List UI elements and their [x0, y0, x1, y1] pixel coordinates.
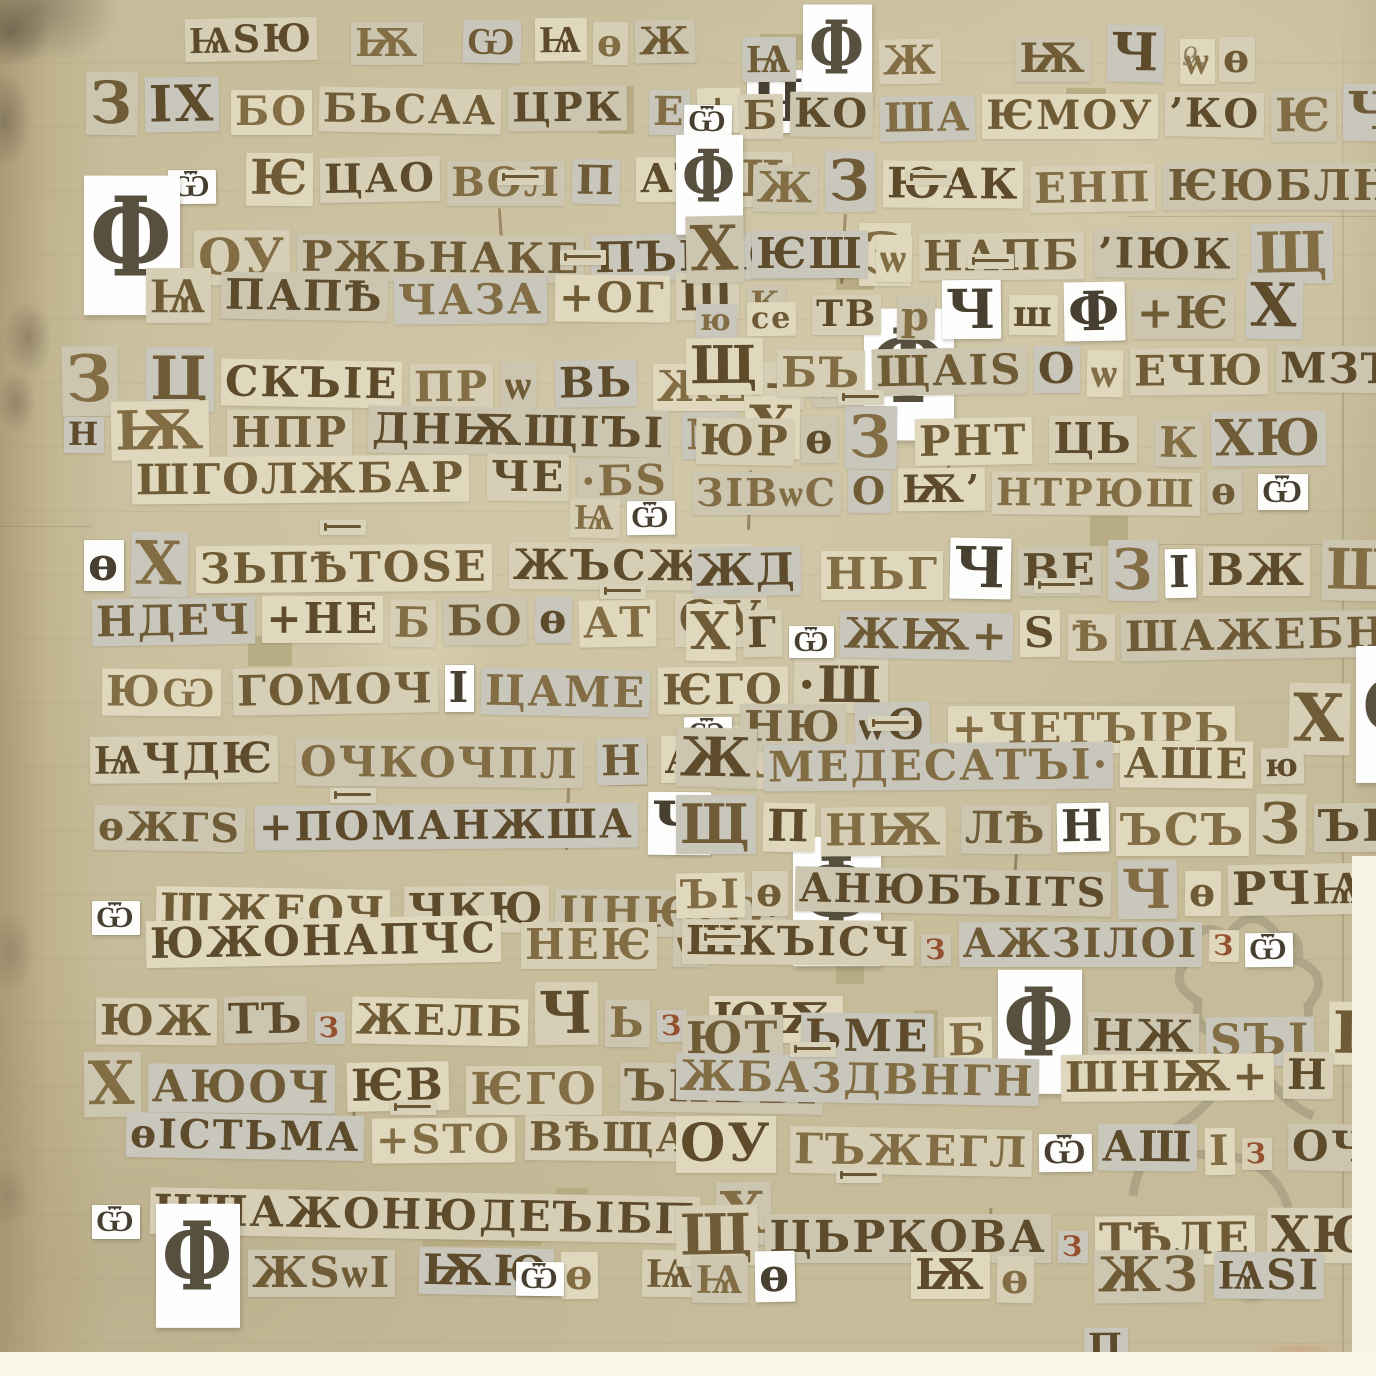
- glyph-tile: ЖЕЛБ: [351, 996, 528, 1046]
- glyph-tile: Ч: [1118, 860, 1178, 920]
- glyph-tile: І: [1205, 1128, 1235, 1175]
- glyph-tile: Х: [686, 604, 737, 662]
- text-line: НДЕЧ+НЕББОѳАТОУ: [92, 594, 767, 647]
- text-line: ЩБЪЩАІЅОѡЕЧЮМЗЪ+: [686, 340, 1376, 397]
- highlight-glyph-tile: Ѿ: [1258, 474, 1308, 510]
- glyph-tile: ЪІ: [676, 872, 746, 918]
- text-line: ѾБКОШАѤМОУ’КОѤЧ: [684, 84, 1376, 141]
- text-line: ШКЪІСЧЗАЖЗІЛОІЗѾ: [682, 922, 1293, 967]
- glyph-tile: З: [1256, 794, 1307, 856]
- glyph-tile: ГОМОЧ: [232, 665, 438, 715]
- glyph-tile: ѨЧДѤ: [90, 735, 278, 783]
- titlo-mark: [320, 520, 366, 535]
- text-line: ЮРѳЗРНТЦЬКХЮ: [696, 404, 1326, 467]
- glyph-tile: НДЕЧ: [92, 597, 256, 647]
- glyph-tile: ’КО: [1164, 91, 1264, 137]
- text-line: ѨЅЮѬѠѨѳЖ: [185, 20, 695, 63]
- glyph-tile: ЧЕ: [487, 454, 570, 501]
- text-line: ѨѳѬѳЖЗѨЅІ: [692, 1250, 1324, 1303]
- glyph-tile: НПР: [227, 410, 352, 457]
- glyph-tile: КО: [790, 92, 874, 137]
- glyph-tile: ДНѬЩІЪІ: [368, 405, 670, 457]
- highlight-glyph-tile: Ѿ: [516, 1262, 564, 1297]
- glyph-tile: Ѩ: [692, 1256, 749, 1303]
- glyph-tile: ѡ: [1087, 350, 1124, 397]
- titlo-mark: [868, 716, 914, 731]
- glyph-tile: ТЪ: [224, 995, 308, 1043]
- text-line: ЖБАЗДВНГНШНѬ+Н: [676, 1054, 1333, 1101]
- glyph-tile: ІХ: [144, 76, 219, 132]
- text-line: ѳЖГЅ+ПОМАНЖШАЧ: [94, 790, 711, 853]
- glyph-tile: ВЖ: [1203, 547, 1310, 596]
- glyph-tile: РЧѨ: [1227, 863, 1369, 916]
- highlight-glyph-tile: ѳ: [755, 1251, 796, 1303]
- glyph-tile: ѳ: [1185, 871, 1221, 916]
- glyph-tile: МЗЪ+: [1276, 345, 1376, 393]
- glyph-tile: ш: [1008, 295, 1057, 336]
- glyph-tile: ю: [1260, 748, 1303, 785]
- titlo-mark: [600, 584, 646, 599]
- glyph-tile: ѤШ: [752, 231, 867, 278]
- glyph-tile: ѳЖГЅ: [94, 805, 246, 852]
- highlight-glyph-tile: Ѿ: [1039, 1134, 1092, 1173]
- glyph-tile: ЖД: [692, 546, 802, 597]
- glyph-tile: ѤГО: [466, 1066, 601, 1115]
- glyph-tile: Щ: [686, 338, 764, 396]
- glyph-tile: ЮР: [696, 417, 794, 465]
- titlo-mark: [330, 788, 376, 803]
- glyph-tile: З: [1108, 540, 1159, 602]
- glyph-tile: ЮЖ: [96, 997, 218, 1045]
- glyph-tile: АЮОЧ: [147, 1063, 334, 1113]
- glyph-tile: Ѭ’: [898, 468, 986, 511]
- text-line: ХГѾЖѬ+ЅѢШАЖЕБН: [686, 604, 1376, 661]
- text-line: ФЖЗЮАКЕНПѤЮБЛНХ: [676, 146, 1376, 226]
- glyph-tile: +ЅТО: [372, 1117, 515, 1163]
- glyph-tile: ЦЬ: [1049, 416, 1136, 463]
- glyph-tile: Ч: [1343, 84, 1376, 142]
- glyph-tile: Ѩ: [742, 37, 796, 82]
- glyph-tile: ѤЮБЛН: [1163, 163, 1376, 210]
- glyph-tile: Б: [738, 94, 783, 139]
- glyph-tile: Ѭ: [1015, 37, 1090, 82]
- red-glyph-tile: З: [1242, 1138, 1272, 1170]
- glyph-tile: +Ѥ: [1133, 290, 1234, 339]
- glyph-tile: ’ІЮК: [1094, 230, 1237, 278]
- glyph-tile: Х: [84, 1052, 141, 1118]
- text-line: ЩПНѬЛѢНЪСЪЗЪІѬ: [676, 794, 1376, 855]
- glyph-tile: ЮѠ: [102, 668, 221, 716]
- glyph-tile: НЕѤ: [521, 922, 657, 969]
- glyph-tile: ѳ: [752, 871, 788, 916]
- glyph-tile: Щ: [1321, 539, 1376, 602]
- glyph-tile: АШ: [1098, 1124, 1198, 1172]
- scan-margin-right: [1352, 856, 1376, 1376]
- glyph-tile: ЗЬПѢТОЅЕ: [195, 544, 491, 593]
- glyph-tile: З: [86, 72, 138, 136]
- glyph-tile: АНЮБЪІІТЅ: [795, 866, 1112, 916]
- glyph-tile: НѬ: [821, 806, 947, 856]
- glyph-tile: ѳІСТЬМА: [126, 1112, 365, 1161]
- glyph-tile: О: [848, 470, 892, 513]
- glyph-tile: ЕЧЮ: [1130, 347, 1269, 395]
- glyph-tile: ѳ: [534, 596, 572, 643]
- glyph-tile: ЩАІЅ: [872, 347, 1027, 396]
- glyph-tile: Щ: [676, 795, 756, 854]
- glyph-tile: БО: [443, 598, 528, 645]
- glyph-tile: Ж: [676, 727, 758, 788]
- glyph-tile: ЮЖОНАПЧС: [146, 915, 502, 968]
- glyph-tile: ШГОЛЖБАР: [132, 455, 469, 505]
- glyph-tile: Ѥ: [1271, 91, 1336, 142]
- glyph-tile: +НЕ: [262, 596, 383, 643]
- glyph-tile: Ѭ: [911, 1252, 989, 1299]
- text-line: ФЖЅѡІѬЮѳѨѳ: [156, 1220, 743, 1317]
- titlo-mark: [700, 930, 746, 945]
- glyph-tile: З: [825, 151, 876, 213]
- text-line: ЪІѳАНЮБЪІІТЅЧѳРЧѨ: [676, 858, 1369, 917]
- highlight-glyph-tile: Н: [1057, 803, 1109, 853]
- glyph-tile: ѳ: [800, 416, 838, 463]
- text-line: юсеТВрЧшФ+ѤХ: [696, 276, 1303, 341]
- titlo-mark: [838, 390, 884, 405]
- titlo-mark: [968, 254, 1014, 269]
- scan-margin-bottom: [0, 1352, 1376, 1376]
- highlight-glyph-tile: Ѿ: [1245, 933, 1293, 968]
- glyph-tile: +ПОМАНЖША: [255, 802, 638, 850]
- glyph-tile: БЬСАА: [319, 86, 502, 134]
- glyph-tile: Б: [390, 600, 437, 647]
- glyph-tile: ОУ: [676, 1116, 776, 1173]
- titlo-mark: [790, 1042, 836, 1057]
- glyph-tile: ЧАЗА: [394, 276, 547, 324]
- glyph-tile: Н: [64, 417, 105, 454]
- glyph-tile: Н: [1283, 1052, 1333, 1099]
- glyph-tile: ЖѬ+: [840, 610, 1014, 660]
- titlo-mark: [498, 170, 544, 185]
- glyph-tile: Ѕ: [1020, 610, 1061, 657]
- highlight-glyph-tile: Ч: [942, 280, 1002, 340]
- glyph-tile: ША: [880, 95, 976, 141]
- text-line: ѳІСТЬМА+ЅТОВѢЩАІ: [126, 1116, 715, 1161]
- glyph-tile: ЮАК: [882, 160, 1023, 208]
- glyph-tile: Ѡ: [463, 20, 521, 64]
- highlight-glyph-tile: Ф: [156, 1204, 240, 1328]
- red-glyph-tile: З: [1209, 930, 1240, 963]
- glyph-tile: АТ: [579, 599, 657, 647]
- folio-number: 9.: [1182, 42, 1208, 71]
- glyph-tile: ѤМОУ: [982, 94, 1157, 139]
- glyph-tile: ШАЖЕБН: [1121, 610, 1376, 661]
- glyph-tile: Ж: [753, 164, 819, 212]
- glyph-tile: Х: [1245, 274, 1303, 340]
- red-glyph-tile: З: [921, 934, 952, 967]
- text-line: ЗІВѡСОѬ’НТРЮШѳѾ: [692, 470, 1308, 513]
- manuscript-photo: ѨЅЮѬѠѨѳЖЗІХБОБЬСААЦРКЕ+ЧѾѤЦАОВОЛПАТЩФОУР…: [0, 0, 1376, 1376]
- glyph-tile: ЗІВѡС: [692, 472, 841, 515]
- highlight-glyph-tile: Ѿ: [92, 901, 140, 935]
- text-line: ОУГЪЖЕГЛѾАШІЗОЧѡ: [676, 1118, 1376, 1175]
- highlight-glyph-tile: І: [445, 665, 475, 712]
- glyph-tile: Ѭ: [351, 22, 423, 65]
- glyph-tile: ѡ: [875, 235, 912, 282]
- glyph-tile: Ѩ: [534, 18, 586, 61]
- glyph-tile: БО: [231, 90, 312, 135]
- glyph-tile: Ь: [605, 1000, 650, 1047]
- glyph-tile: ЦРК: [508, 85, 628, 131]
- text-line: ЖМЕДЕСАТЪІ·АШЕю: [676, 730, 1303, 789]
- text-line: Ѿ: [516, 1264, 564, 1298]
- glyph-tile: ЛѢ: [960, 805, 1050, 855]
- highlight-glyph-tile: Ф: [1356, 646, 1376, 783]
- glyph-tile: ЪСЪ: [1116, 807, 1249, 856]
- glyph-tile: О: [1034, 346, 1081, 393]
- glyph-tile: ОЧКОЧПЛ: [296, 739, 583, 788]
- glyph-tile: ЖБАЗДВНГН: [676, 1053, 1039, 1106]
- glyph-tile: се: [746, 302, 796, 337]
- glyph-tile: ХЮ: [1211, 410, 1327, 466]
- titlo-mark: [906, 170, 952, 185]
- titlo-mark: [560, 250, 606, 265]
- glyph-tile: ШНѬ+: [1061, 1053, 1274, 1102]
- glyph-tile: ЦАМЕ: [481, 668, 651, 718]
- highlight-glyph-tile: Ѿ: [92, 1205, 140, 1239]
- highlight-glyph-tile: І: [1165, 549, 1196, 598]
- text-line: ѳХЗЬПѢТОЅЕЖЪСЖН: [84, 530, 751, 595]
- titlo-mark: [390, 1100, 436, 1115]
- glyph-tile: Х: [130, 532, 188, 598]
- text-line: ѨЧДѤОЧКОЧПЛНАХ: [90, 724, 770, 787]
- highlight-glyph-tile: Ѿ: [789, 626, 834, 658]
- glyph-tile: НЬГ: [821, 551, 943, 600]
- highlight-glyph-tile: Ф: [1064, 281, 1126, 341]
- glyph-tile: ЖЅѡІ: [248, 1250, 395, 1297]
- glyph-tile: +ОГ: [554, 275, 669, 323]
- glyph-tile: ю: [696, 304, 737, 339]
- crease-line: [0, 526, 92, 527]
- glyph-tile: ПАПѢ: [221, 272, 388, 322]
- glyph-tile: ѳ: [1207, 470, 1243, 513]
- glyph-tile: З: [845, 406, 897, 470]
- glyph-tile: р: [897, 295, 936, 340]
- glyph-tile: ЪІ: [1313, 803, 1376, 852]
- glyph-tile: П: [762, 803, 814, 853]
- titlo-mark: [836, 1168, 882, 1183]
- glyph-tile: ѳ: [996, 1256, 1034, 1303]
- glyph-tile: ГЪЖЕГЛ: [789, 1126, 1032, 1177]
- glyph-tile: Х: [685, 215, 744, 283]
- text-line: ХѤШѡНАПБ’ІЮКЩ: [686, 216, 1333, 283]
- glyph-tile: ѨЅІ: [1213, 1252, 1324, 1300]
- highlight-glyph-tile: Ч: [950, 537, 1012, 599]
- highlight-glyph-tile: ѳ: [84, 540, 124, 591]
- glyph-tile: ТВ: [812, 295, 881, 335]
- glyph-tile: ЕНП: [1030, 164, 1156, 213]
- glyph-tile: ѳ: [561, 1252, 599, 1299]
- glyph-tile: АШЕ: [1120, 740, 1254, 788]
- text-line: НѬНПРДНѬЩІЪІМХ: [64, 396, 800, 459]
- glyph-tile: Ѣ: [1067, 614, 1114, 661]
- red-glyph-tile: З: [315, 1012, 345, 1044]
- glyph-tile: АЖЗІЛОІ: [959, 922, 1203, 967]
- glyph-tile: РНТ: [914, 417, 1031, 466]
- glyph-tile: К: [1154, 420, 1203, 468]
- glyph-tile: МЕДЕСАТЪІ·: [764, 741, 1114, 791]
- glyph-tile: Ѭ: [111, 400, 210, 461]
- glyph-tile: ѳ: [1219, 37, 1255, 82]
- text-line: ЮЖОНАПЧСНЕѤѡ: [146, 920, 709, 967]
- glyph-tile: НТРЮШ: [992, 471, 1200, 515]
- glyph-tile: Ч: [535, 982, 599, 1046]
- glyph-tile: ѨЅЮ: [185, 17, 318, 62]
- glyph-tile: ЖЗ: [1094, 1250, 1204, 1304]
- glyph-tile: Н: [597, 738, 647, 786]
- glyph-tile: Г: [743, 610, 783, 657]
- glyph-tile: Ѩ: [146, 268, 211, 323]
- glyph-tile: Ж: [879, 38, 942, 84]
- glyph-tile: Ч: [1106, 25, 1164, 83]
- titlo-mark: [1034, 578, 1080, 593]
- glyph-tile: Ж: [635, 19, 696, 63]
- glyph-tile: ѳ: [593, 22, 628, 65]
